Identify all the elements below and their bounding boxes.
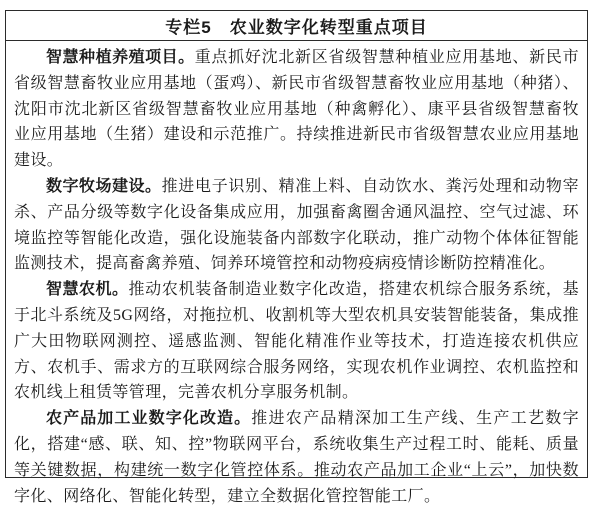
paragraph-lead: 智慧种植养殖项目。: [46, 49, 195, 66]
paragraph-text: 推动农机装备制造业数字化改造，搭建农机综合服务系统，基于北斗系统及5G网络，对拖…: [14, 281, 579, 401]
panel-title-row: 专栏5 农业数字化转型重点项目: [6, 11, 587, 41]
paragraph-smart-planting: 智慧种植养殖项目。重点抓好沈北新区省级智慧种植业应用基地、新民市省级智慧畜牧业应…: [14, 45, 579, 174]
paragraph-lead: 智慧农机。: [46, 281, 128, 298]
paragraph-lead: 农产品加工业数字化改造。: [46, 410, 251, 427]
paragraph-processing-digitalization: 农产品加工业数字化改造。推进农产品精深加工生产线、生产工艺数字化，搭建“感、联、…: [14, 406, 579, 509]
paragraph-smart-machinery: 智慧农机。推动农机装备制造业数字化改造，搭建农机综合服务系统，基于北斗系统及5G…: [14, 277, 579, 406]
panel-body: 智慧种植养殖项目。重点抓好沈北新区省级智慧种植业应用基地、新民市省级智慧畜牧业应…: [6, 41, 587, 509]
document-panel: 专栏5 农业数字化转型重点项目 智慧种植养殖项目。重点抓好沈北新区省级智慧种植业…: [5, 10, 588, 478]
panel-title: 专栏5 农业数字化转型重点项目: [165, 13, 427, 38]
paragraph-text: 重点抓好沈北新区省级智慧种植业应用基地、新民市省级智慧畜牧业应用基地（蛋鸡）、新…: [14, 49, 579, 169]
paragraph-digital-ranch: 数字牧场建设。推进电子识别、精准上料、自动饮水、粪污处理和动物宰杀、产品分级等数…: [14, 174, 579, 277]
paragraph-lead: 数字牧场建设。: [46, 178, 162, 195]
